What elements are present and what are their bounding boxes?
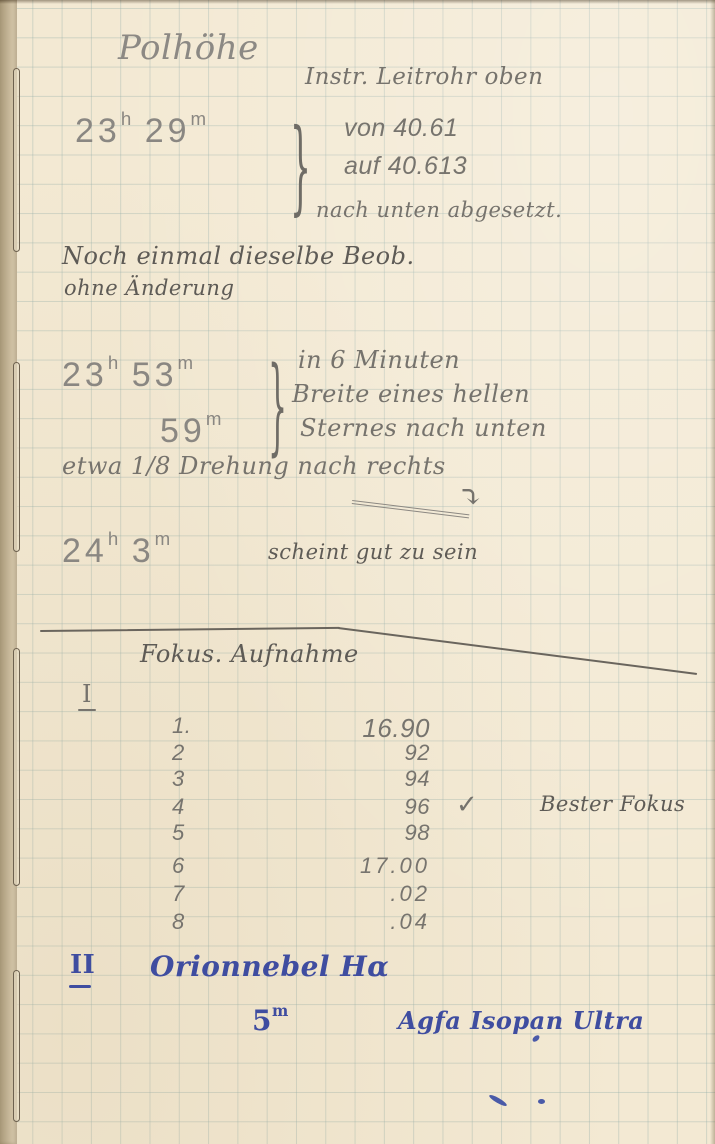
- row-index: 7: [172, 881, 185, 907]
- row-index: 1.: [172, 713, 191, 739]
- notebook-page: Polhöhe Instr. Leitrohr oben 23h 29m } v…: [0, 0, 715, 1144]
- brace-icon: }: [290, 108, 311, 227]
- row-value: 92: [290, 740, 430, 766]
- binding-stitch: [13, 68, 20, 252]
- time-entry-2: 23h 53m: [62, 352, 193, 395]
- section-divider: [40, 627, 340, 632]
- arrow-shaft: [352, 500, 470, 518]
- table-row: 5 98: [0, 820, 715, 850]
- table-row: 6 17.00: [0, 853, 715, 883]
- table-row: 1. 16.90: [0, 713, 715, 743]
- time-entry-1: 23h 29m: [75, 108, 206, 151]
- ink-smudge: [488, 1093, 508, 1107]
- hours: 23: [62, 356, 108, 394]
- check-mark-icon: ✓: [456, 790, 478, 820]
- minutes-unit: m: [191, 108, 207, 129]
- entry1-line-3: nach unten abgesetzt.: [316, 198, 562, 222]
- table-row: 8 .04: [0, 909, 715, 939]
- binding-stitch: [13, 970, 20, 1122]
- page-right-edge: [710, 0, 715, 1144]
- minutes-unit: m: [155, 528, 171, 549]
- row-index: 8: [172, 909, 185, 935]
- minutes-unit: m: [206, 408, 222, 429]
- note-repeat-line-1: Noch einmal dieselbe Beob.: [62, 242, 415, 270]
- part-label-I: I: [82, 680, 92, 708]
- entry1-line-1: von 40.61: [344, 114, 458, 143]
- section-title-polhoehe: Polhöhe: [118, 28, 259, 68]
- section-divider: [338, 627, 697, 675]
- section-title-fokus: Fokus. Aufnahme: [140, 640, 359, 668]
- table-row: 7 .02: [0, 881, 715, 911]
- note-repeat-line-2: ohne Änderung: [64, 276, 234, 300]
- row-index: 3: [172, 766, 185, 792]
- entry3-note: scheint gut zu sein: [268, 540, 478, 564]
- minutes: 59: [160, 412, 206, 450]
- plate-type: Agfa Isopan Ultra: [398, 1006, 644, 1035]
- time-entry-2b: 59m: [160, 408, 221, 451]
- row-value: 96: [290, 794, 430, 820]
- brace-icon: }: [268, 345, 287, 468]
- binding-stitch: [13, 362, 20, 552]
- row-index: 5: [172, 820, 185, 846]
- row-value: .04: [290, 909, 430, 935]
- row-index: 6: [172, 853, 185, 879]
- orion-title: Orionnebel Hα: [150, 950, 389, 983]
- ink-smudge: [538, 1099, 545, 1104]
- minutes: 3: [132, 532, 155, 570]
- part-label-underline: [69, 985, 91, 988]
- exposure-time: 5m: [252, 1002, 288, 1037]
- row-value: 17.00: [290, 853, 430, 879]
- entry2-line-2: Breite eines hellen: [292, 380, 530, 408]
- row-value: 94: [290, 766, 430, 792]
- row-value: 98: [290, 820, 430, 846]
- entry2-line-1: in 6 Minuten: [298, 346, 460, 374]
- note-rotation: etwa 1/8 Drehung nach rechts: [62, 452, 446, 480]
- hours-unit: h: [108, 352, 118, 373]
- entry1-line-2: auf 40.613: [344, 152, 467, 181]
- hours: 23: [75, 112, 121, 150]
- best-focus-note: Bester Fokus: [540, 792, 685, 816]
- exposure-unit: m: [272, 1002, 288, 1020]
- part-label-II: II: [70, 950, 95, 980]
- hours-unit: h: [108, 528, 118, 549]
- instrument-note: Instr. Leitrohr oben: [305, 64, 543, 90]
- arrow-down-right-icon: ⤵: [458, 480, 484, 515]
- row-index: 4: [172, 794, 185, 820]
- hours-unit: h: [121, 108, 131, 129]
- minutes-unit: m: [178, 352, 194, 373]
- entry2-line-3: Sternes nach unten: [300, 414, 547, 442]
- row-value: .02: [290, 881, 430, 907]
- minutes: 53: [132, 356, 178, 394]
- ink-smudge: [531, 1034, 540, 1043]
- page-top-shadow: [0, 0, 715, 4]
- minutes: 29: [145, 112, 191, 150]
- time-entry-3: 24h 3m: [62, 528, 170, 571]
- part-label-underline: [78, 709, 96, 711]
- row-index: 2: [172, 740, 185, 766]
- exposure-value: 5: [252, 1004, 272, 1037]
- hours: 24: [62, 532, 108, 570]
